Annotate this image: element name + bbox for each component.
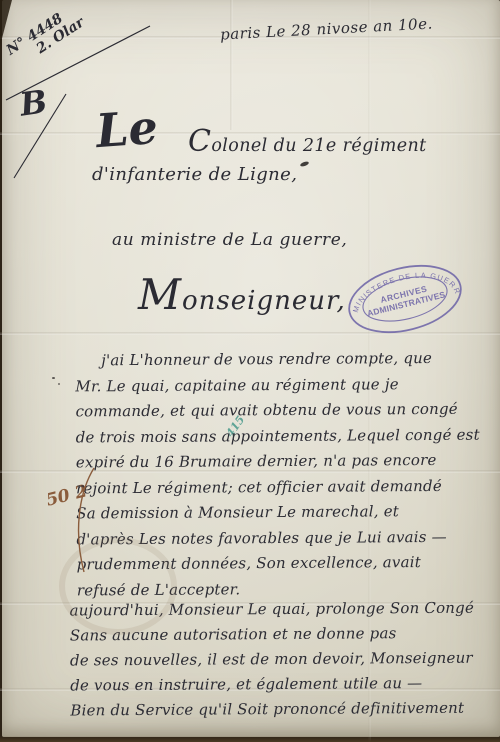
body-line: prudemment données, Son excellence, avai… — [77, 553, 487, 581]
body-line: Bien du Service qu'il Soit prononcé defi… — [70, 699, 490, 727]
heading-opening: Le — [94, 100, 159, 158]
body-line: rejoint Le régiment; cet officier avait … — [76, 476, 486, 504]
photo-bottom-edge — [0, 736, 500, 742]
body-line: expiré du 16 Brumaire dernier, n'a pas e… — [76, 451, 486, 479]
fold-crease — [230, 0, 233, 130]
body-line: aujourd'hui, Monsieur Le quai, prolonge … — [70, 599, 490, 627]
ink-dot — [58, 383, 60, 385]
body-line: de trois mois sans appointements, Lequel… — [76, 425, 486, 453]
heading-line-2: d'infanterie de Ligne, — [92, 164, 297, 185]
body-line: Sans aucune autorisation et ne donne pas — [70, 624, 490, 652]
photographed-letter: N° 4448 2. Olar B paris Le 28 nivose an … — [0, 0, 500, 742]
body-paragraph-1: j'ai L'honneur de vous rendre compte, qu… — [75, 349, 487, 607]
body-line: de ses nouvelles, il est de mon devoir, … — [70, 649, 490, 677]
body-paragraph-2: aujourd'hui, Monsieur Le quai, prolonge … — [70, 599, 491, 727]
salutation: Monseigneur, — [138, 270, 346, 319]
body-line: de vous en instruire, et également utile… — [70, 674, 490, 702]
body-line: j'ai L'honneur de vous rendre compte, qu… — [75, 349, 485, 377]
heading-line-1: Colonel du 21e régiment — [188, 124, 427, 159]
clerk-paraph: B — [17, 82, 49, 123]
body-line: Mr. Le quai, capitaine au régiment que j… — [75, 374, 485, 402]
body-line: commande, et qui avait obtenu de vous un… — [75, 400, 485, 428]
recipient-line: au ministre de La guerre, — [112, 230, 347, 250]
body-line: d'après Les notes favorables que je Lui … — [76, 527, 486, 555]
ink-dot — [52, 377, 55, 379]
photo-corner-shadow — [0, 0, 12, 46]
body-line: Sa demission à Monsieur Le marechal, et — [76, 502, 486, 530]
